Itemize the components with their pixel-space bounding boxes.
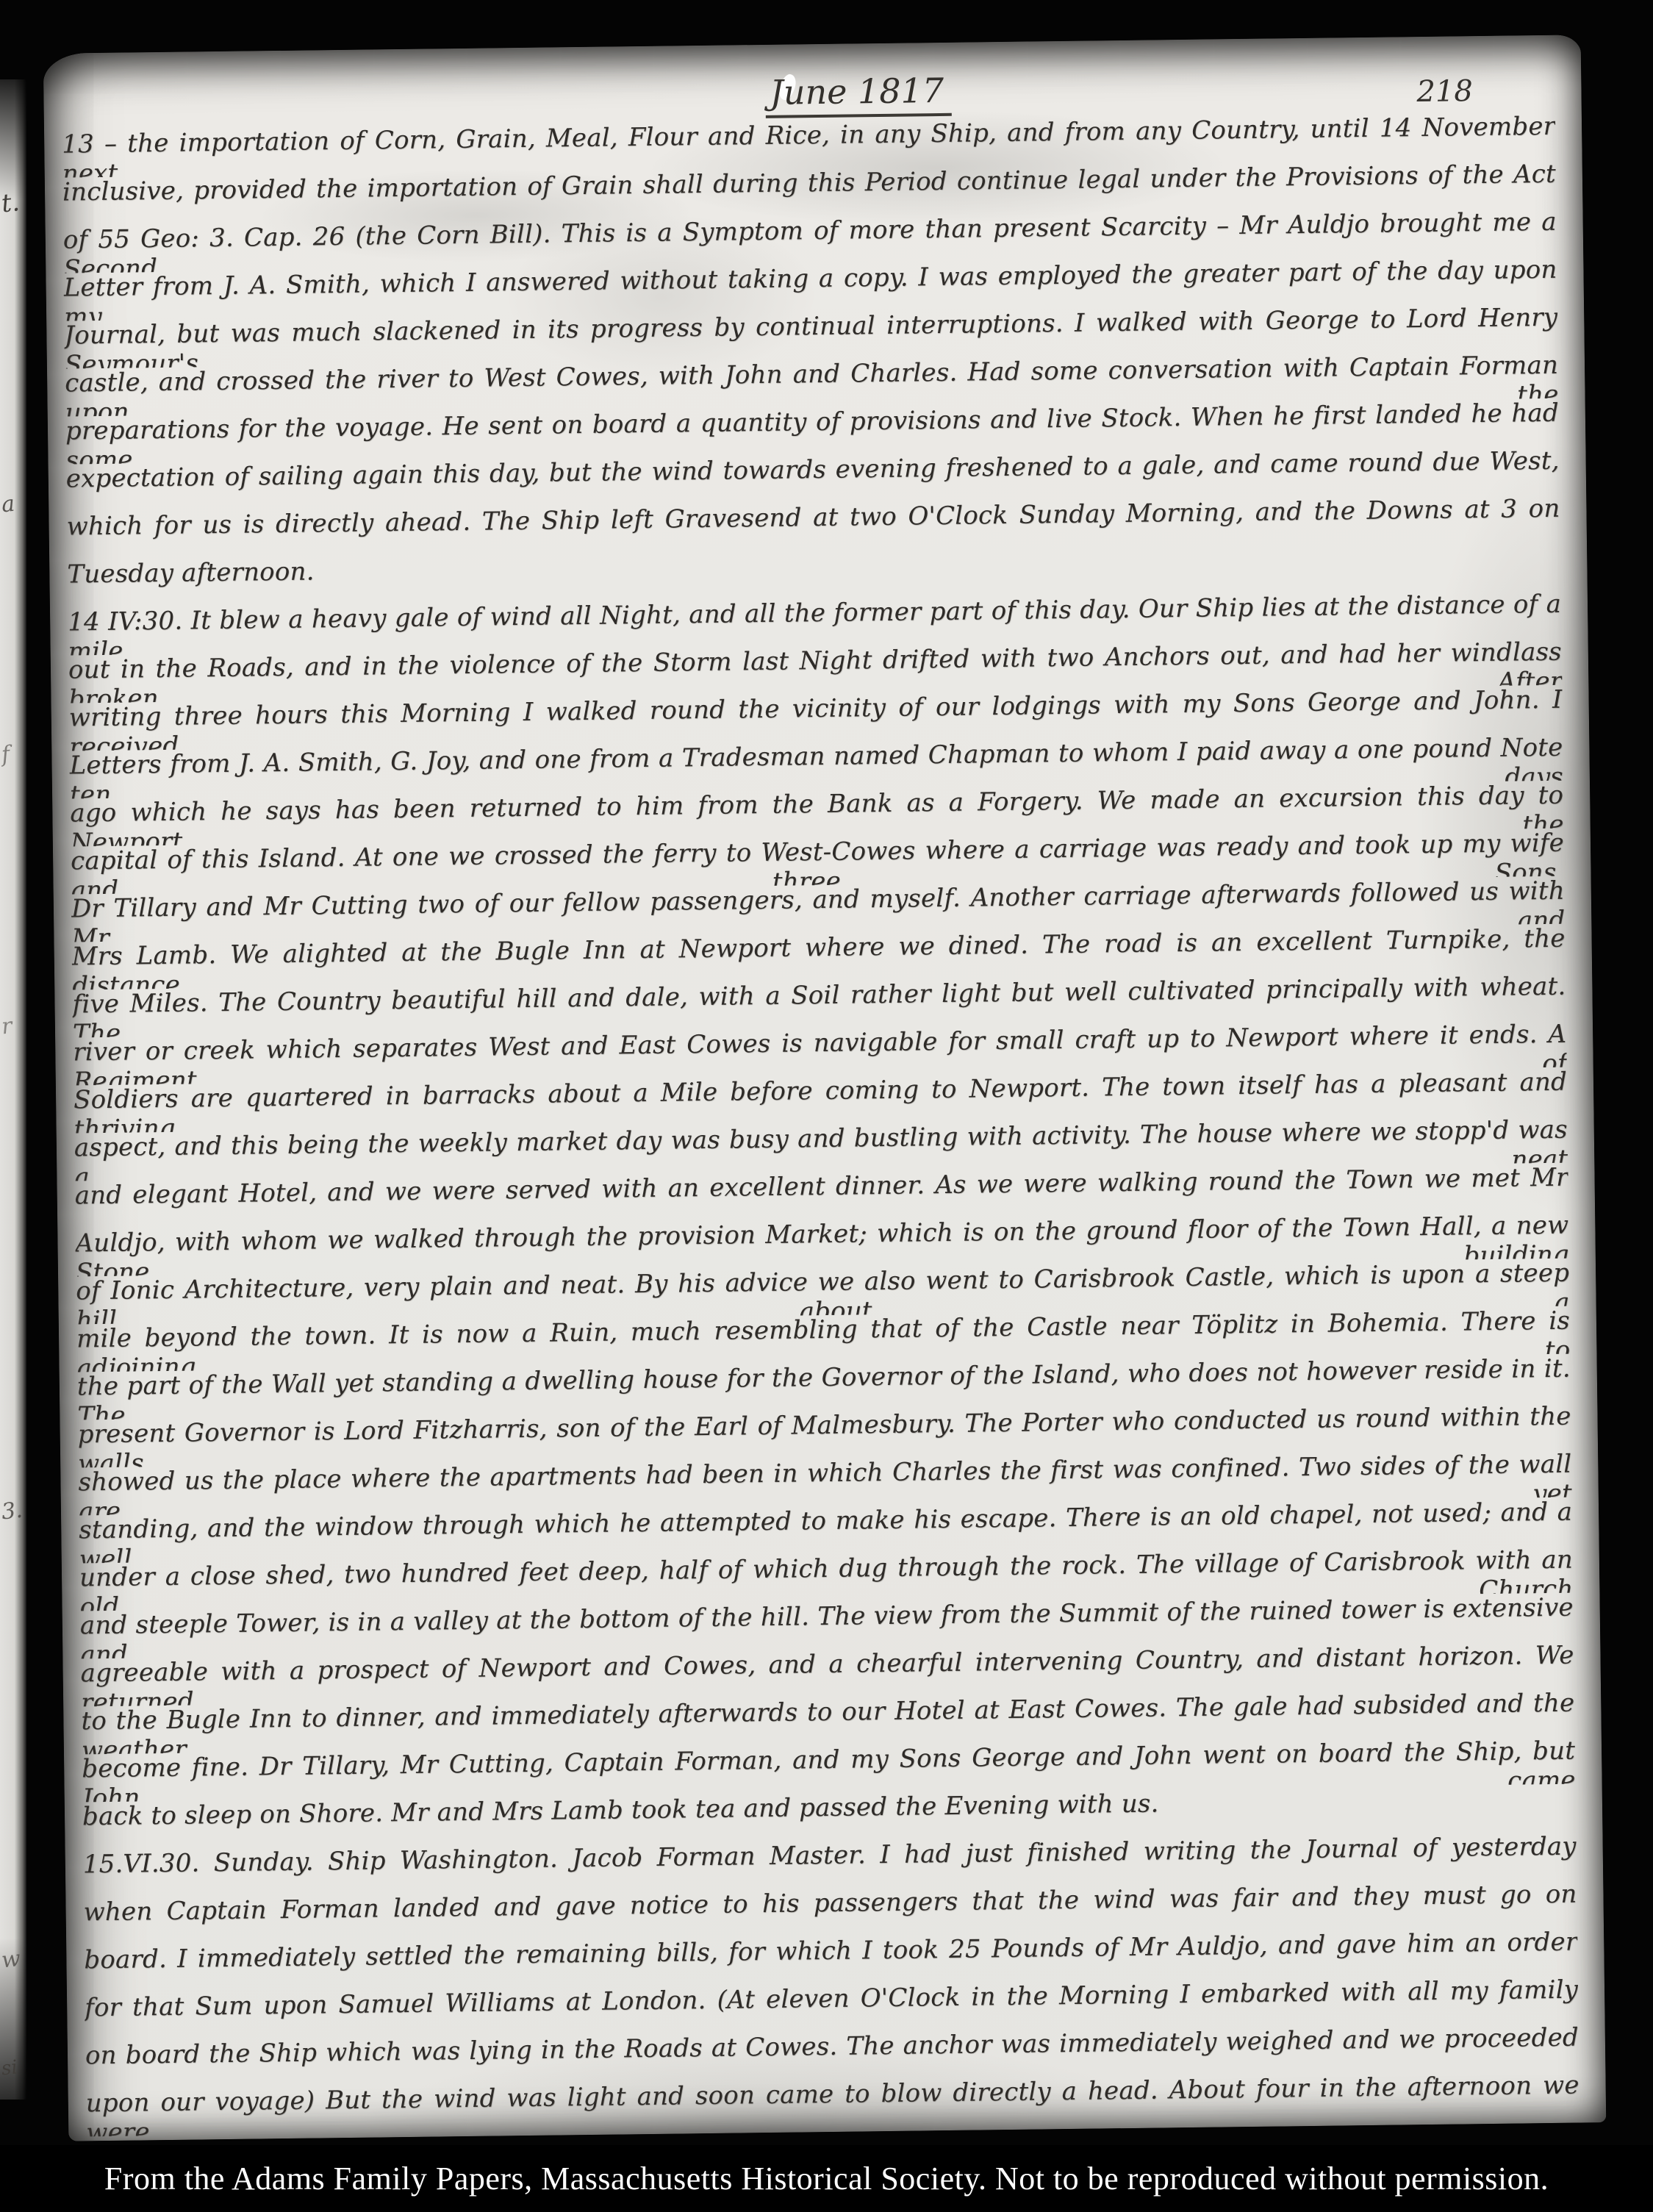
- facing-page-edge: t.afr3.wsi: [0, 79, 26, 2100]
- margin-ink-fragment: f: [0, 740, 24, 768]
- caption-bar: From the Adams Family Papers, Massachuse…: [0, 2145, 1653, 2212]
- page-number: 218: [1416, 74, 1473, 109]
- caption-text: From the Adams Family Papers, Massachuse…: [0, 2160, 1653, 2197]
- margin-ink-fragment: a: [0, 490, 24, 518]
- margin-ink-fragment: si: [1, 2056, 25, 2080]
- margin-ink-fragment: w: [0, 1946, 24, 1974]
- manuscript-page: June 1817 218 13 – the importation of Co…: [43, 35, 1607, 2141]
- margin-ink-fragment: t.: [0, 187, 25, 219]
- scanned-document-viewport: t.afr3.wsi June 1817 218 13 – the import…: [0, 0, 1653, 2212]
- margin-ink-fragment: r: [0, 1012, 24, 1040]
- manuscript-text: 13 – the importation of Corn, Grain, Mea…: [62, 112, 1580, 2137]
- page-date-heading: June 1817: [765, 71, 951, 118]
- margin-ink-fragment: 3.: [0, 1497, 24, 1525]
